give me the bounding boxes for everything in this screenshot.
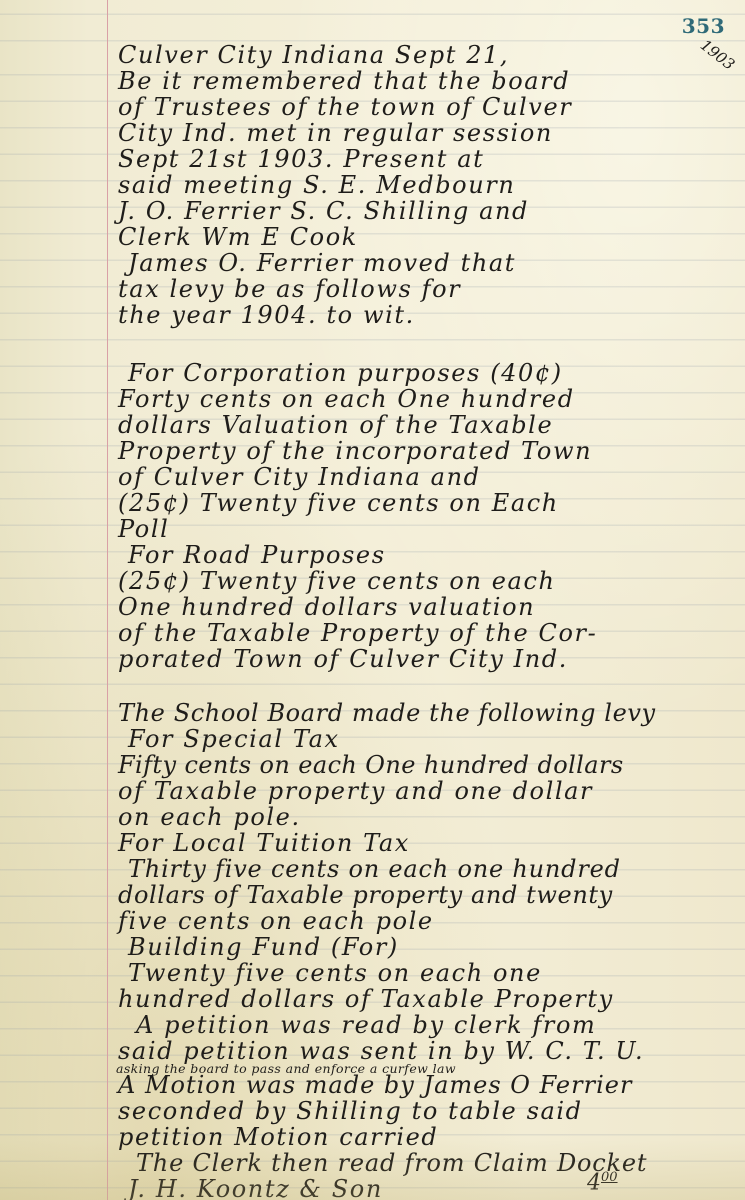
minutes-line: Clerk Wm E Cook <box>118 224 358 250</box>
minutes-line: Twenty five cents on each one <box>118 960 542 986</box>
minutes-line: J. O. Ferrier S. C. Shilling and <box>118 198 529 224</box>
minutes-line: Property of the incorporated Town <box>118 438 592 464</box>
page-number: 353 <box>682 14 725 38</box>
minutes-line: City Ind. met in regular session <box>118 120 553 146</box>
heading-line: Culver City Indiana Sept 21, <box>118 42 509 68</box>
minutes-line: of the Taxable Property of the Cor- <box>118 620 597 646</box>
levy-heading-road: For Road Purposes <box>118 542 386 568</box>
minutes-line: Forty cents on each One hundred <box>118 386 575 412</box>
red-margin-line <box>107 0 108 1200</box>
paper-stain <box>0 1140 745 1200</box>
motion-line: A Motion was made by James O Ferrier <box>118 1072 632 1098</box>
minutes-line: Fifty cents on each One hundred dollars <box>118 752 624 778</box>
minutes-line: five cents on each pole <box>118 908 434 934</box>
levy-heading-tuition: For Local Tuition Tax <box>118 830 410 856</box>
minutes-line: tax levy be as follows for <box>118 276 461 302</box>
minutes-line: of Taxable property and one dollar <box>118 778 593 804</box>
minutes-line: porated Town of Culver City Ind. <box>118 646 568 672</box>
petition-line: A petition was read by clerk from <box>118 1012 596 1038</box>
school-board-line: The School Board made the following levy <box>118 700 656 726</box>
minutes-line: One hundred dollars valuation <box>118 594 535 620</box>
minutes-line: the year 1904. to wit. <box>118 302 415 328</box>
minutes-line: of Trustees of the town of Culver <box>118 94 572 120</box>
minutes-line: on each pole. <box>118 804 301 830</box>
ledger-page: 353 Culver City Indiana Sept 21, 1903 Be… <box>0 0 745 1200</box>
levy-heading-building: Building Fund (For) <box>118 934 399 960</box>
minutes-line: Poll <box>118 516 169 542</box>
minutes-line: (25¢) Twenty five cents on Each <box>118 490 559 516</box>
minutes-line: Sept 21st 1903. Present at <box>118 146 484 172</box>
minutes-line: said meeting S. E. Medbourn <box>118 172 515 198</box>
minutes-line: (25¢) Twenty five cents on each <box>118 568 556 594</box>
minutes-line: Be it remembered that the board <box>118 68 570 94</box>
minutes-line: seconded by Shilling to table said <box>118 1098 583 1124</box>
levy-heading-special: For Special Tax <box>118 726 340 752</box>
minutes-line: James O. Ferrier moved that <box>118 250 516 276</box>
minutes-line: of Culver City Indiana and <box>118 464 481 490</box>
minutes-line: dollars of Taxable property and twenty <box>118 882 613 908</box>
minutes-line: dollars Valuation of the Taxable <box>118 412 553 438</box>
minutes-line: hundred dollars of Taxable Property <box>118 986 614 1012</box>
minutes-line: Thirty five cents on each one hundred <box>118 856 621 882</box>
levy-heading-corporation: For Corporation purposes (40¢) <box>118 360 563 386</box>
